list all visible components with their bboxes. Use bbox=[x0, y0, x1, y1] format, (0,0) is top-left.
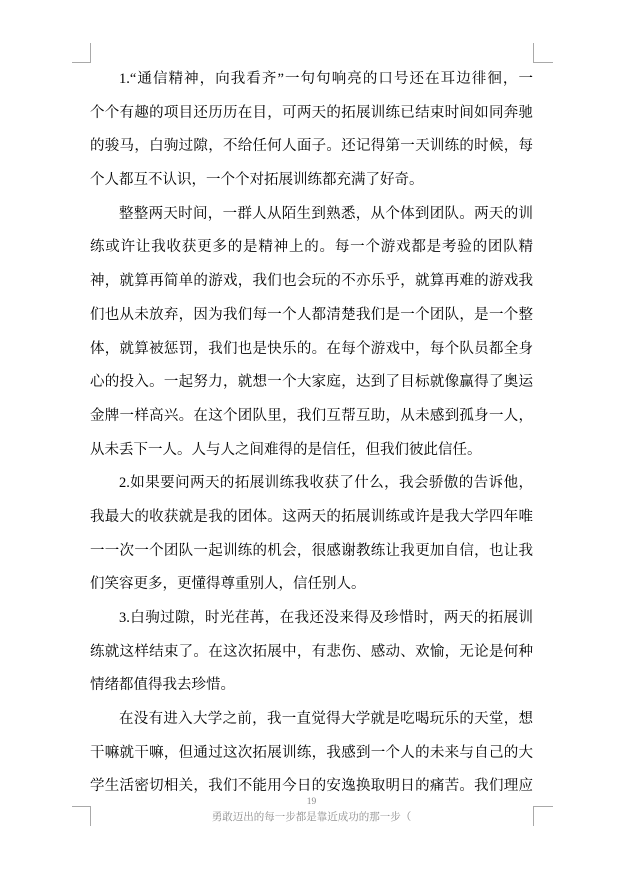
paragraph: 1.“通信精神，向我看齐”一句句响亮的口号还在耳边徘徊，一 个个有趣的项目还历历… bbox=[90, 63, 533, 198]
text-line: 2.如果要问两天的拓展训练我收获了什么，我会骄傲的告诉他， bbox=[90, 467, 533, 501]
text-line: 3.白驹过隙，时光荏苒，在我还没来得及珍惜时，两天的拓展训 bbox=[90, 602, 533, 636]
page-number: 19 bbox=[90, 796, 533, 808]
text-line: 情绪都值得我去珍惜。 bbox=[90, 669, 533, 703]
text-line: 整整两天时间，一群人从陌生到熟悉，从个体到团队。两天的训 bbox=[90, 198, 533, 232]
crop-mark-bottom-right bbox=[533, 806, 553, 826]
text-line: 个个有趣的项目还历历在目，可两天的拓展训练已结束时间如同奔驰 bbox=[90, 97, 533, 131]
text-line: 体，就算被惩罚，我们也是快乐的。在每个游戏中，每个队员都全身 bbox=[90, 333, 533, 367]
paragraph: 在没有进入大学之前，我一直觉得大学就是吃喝玩乐的天堂，想 干嘛就干嘛，但通过这次… bbox=[90, 703, 533, 804]
crop-mark-top-left bbox=[72, 43, 91, 63]
text-line: 们笑容更多，更懂得尊重别人，信任别人。 bbox=[90, 568, 533, 602]
text-line: 练就这样结束了。在这次拓展中，有悲伤、感动、欢愉，无论是何种 bbox=[90, 636, 533, 670]
paragraph: 整整两天时间，一群人从陌生到熟悉，从个体到团队。两天的训 练或许让我收获更多的是… bbox=[90, 198, 533, 468]
text-line: 神，就算再简单的游戏，我们也会玩的不亦乐乎，就算再难的游戏我 bbox=[90, 265, 533, 299]
paragraph: 2.如果要问两天的拓展训练我收获了什么，我会骄傲的告诉他， 我最大的收获就是我的… bbox=[90, 467, 533, 602]
text-line: 们也从未放弃，因为我们每一个人都清楚我们是一个团队，是一个整 bbox=[90, 299, 533, 333]
text-line: 金牌一样高兴。在这个团队里，我们互帮互助，从未感到孤身一人， bbox=[90, 400, 533, 434]
crop-mark-top-right bbox=[533, 43, 553, 63]
text-line: 1.“通信精神，向我看齐”一句句响亮的口号还在耳边徘徊，一 bbox=[90, 63, 533, 97]
text-line: 心的投入。一起努力，就想一个大家庭，达到了目标就像赢得了奥运 bbox=[90, 366, 533, 400]
text-line: 练或许让我收获更多的是精神上的。每一个游戏都是考验的团队精 bbox=[90, 231, 533, 265]
text-line: 一一次一个团队一起训练的机会，很感谢教练让我更加自信，也让我 bbox=[90, 535, 533, 569]
footer-note: 勇敢迈出的每一步都是靠近成功的那一步（ bbox=[90, 810, 533, 825]
text-line: 我最大的收获就是我的团体。这两天的拓展训练或许是我大学四年唯 bbox=[90, 501, 533, 535]
text-line: 个人都互不认识，一个个对拓展训练都充满了好奇。 bbox=[90, 164, 533, 198]
text-line: 干嘛就干嘛，但通过这次拓展训练，我感到一个人的未来与自己的大 bbox=[90, 737, 533, 771]
text-area: 1.“通信精神，向我看齐”一句句响亮的口号还在耳边徘徊，一 个个有趣的项目还历历… bbox=[90, 63, 533, 804]
crop-mark-bottom-left bbox=[72, 806, 91, 826]
text-line: 的骏马，白驹过隙，不给任何人面子。还记得第一天训练的时候，每 bbox=[90, 130, 533, 164]
text-line: 从未丢下一人。人与人之间难得的是信任，但我们彼此信任。 bbox=[90, 434, 533, 468]
text-line: 在没有进入大学之前，我一直觉得大学就是吃喝玩乐的天堂，想 bbox=[90, 703, 533, 737]
document-page: 1.“通信精神，向我看齐”一句句响亮的口号还在耳边徘徊，一 个个有趣的项目还历历… bbox=[0, 0, 628, 880]
paragraph: 3.白驹过隙，时光荏苒，在我还没来得及珍惜时，两天的拓展训 练就这样结束了。在这… bbox=[90, 602, 533, 703]
